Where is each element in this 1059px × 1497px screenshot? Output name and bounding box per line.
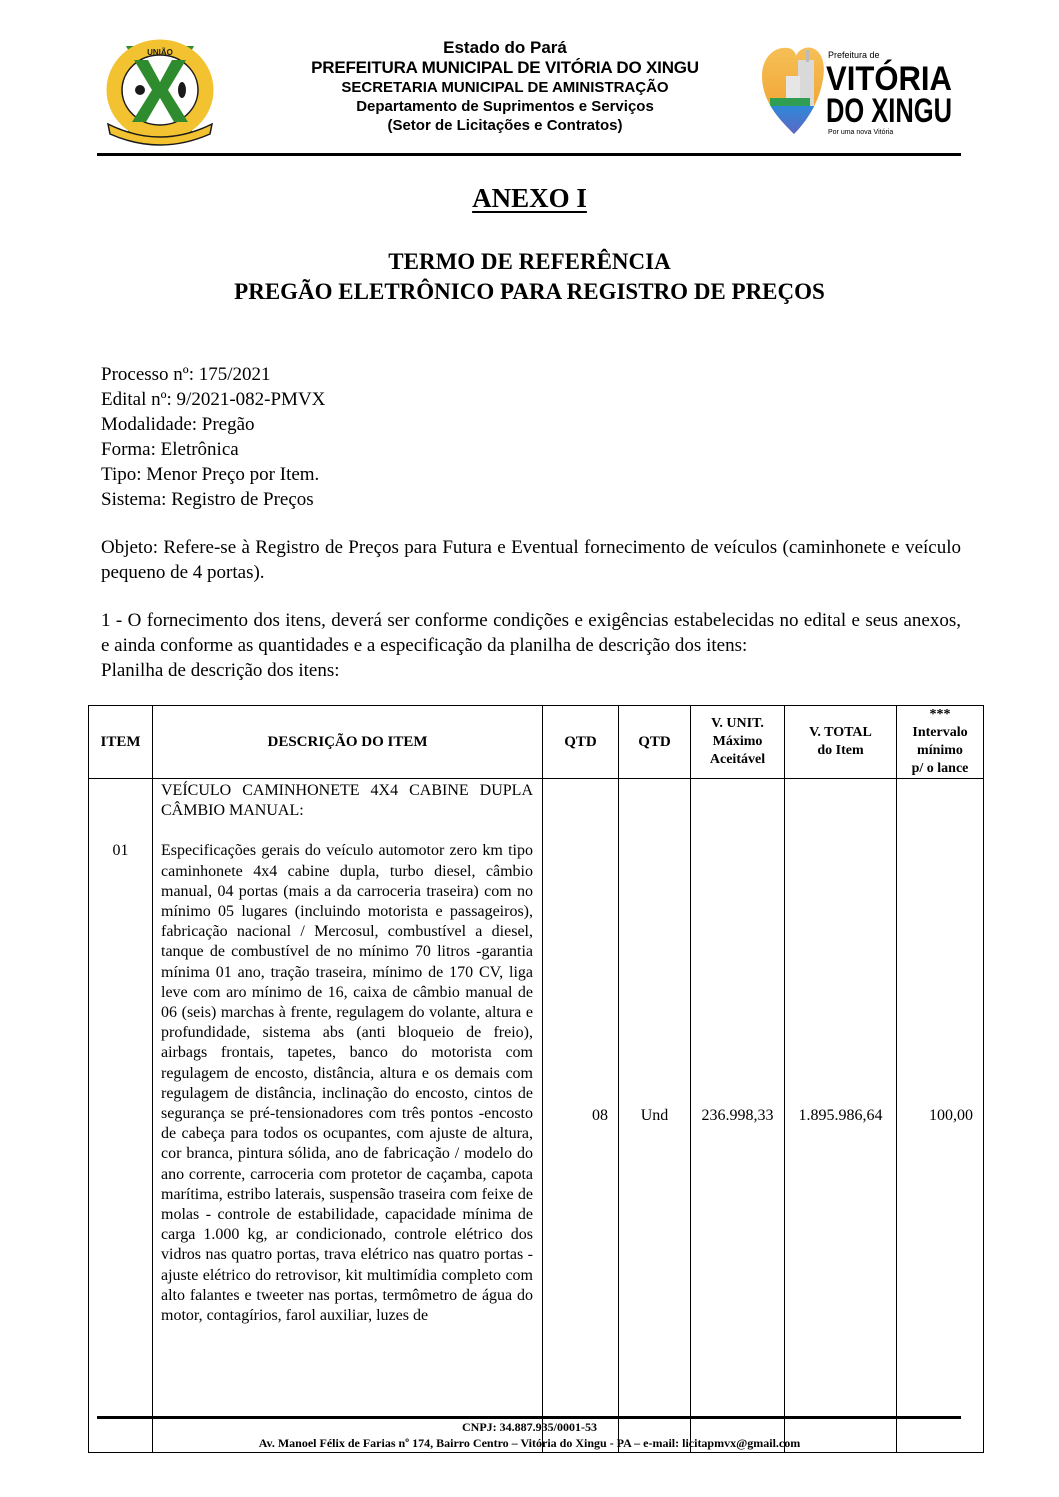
process-metadata: Processo nº: 175/2021 Edital nº: 9/2021-… (101, 362, 325, 512)
heart-city-icon: Prefeitura de VITÓRIA DO XINGU Por uma n… (760, 42, 960, 142)
footer-address: Av. Manoel Félix de Farias nº 174, Bairr… (0, 1436, 1059, 1451)
footer-cnpj: CNPJ: 34.887.935/0001-53 (0, 1420, 1059, 1435)
sector-name: (Setor de Licitações e Contratos) (250, 116, 760, 135)
system: Sistema: Registro de Preços (101, 487, 325, 512)
col-header-min-interval: *** Intervalo mínimo p/ o lance (897, 706, 984, 779)
vitoria-do-xingu-logo: Prefeitura de VITÓRIA DO XINGU Por uma n… (760, 42, 960, 142)
supply-paragraph: 1 - O fornecimento dos itens, deverá ser… (101, 608, 961, 683)
item-title: VEÍCULO CAMINHONETE 4X4 CABINE DUPLA CÂM… (161, 781, 533, 821)
svg-text:Prefeitura de: Prefeitura de (828, 50, 880, 60)
edital-number: Edital nº: 9/2021-082-PMVX (101, 387, 325, 412)
col-header-unit: QTD (619, 706, 691, 779)
document-subtitle-1: TERMO DE REFERÊNCIA (0, 247, 1059, 277)
form: Forma: Eletrônica (101, 437, 325, 462)
col-header-description: DESCRIÇÃO DO ITEM (153, 706, 543, 779)
state-name: Estado do Pará (250, 38, 760, 58)
svg-text:DO XINGU: DO XINGU (826, 92, 952, 130)
header-divider (97, 153, 961, 156)
process-number: Processo nº: 175/2021 (101, 362, 325, 387)
document-header: UNIÃO Estado do Pará PREFEITURA MUNICIPA… (0, 0, 1059, 160)
supply-paragraph-text: 1 - O fornecimento dos itens, deverá ser… (101, 608, 961, 658)
item-quantity: 08 (543, 779, 619, 1453)
coat-of-arms-icon: UNIÃO (104, 38, 216, 148)
modality: Modalidade: Pregão (101, 412, 325, 437)
col-header-total-price: V. TOTAL do Item (785, 706, 897, 779)
item-specification: Especificações gerais do veículo automot… (161, 841, 533, 1326)
item-total-price: 1.895.986,64 (785, 779, 897, 1453)
footer-divider (97, 1416, 961, 1419)
municipal-coat-of-arms-logo: UNIÃO (104, 38, 216, 148)
col-header-unit-price: V. UNIT. Máximo Aceitável (691, 706, 785, 779)
svg-text:Por uma nova Vitória: Por uma nova Vitória (828, 129, 893, 136)
item-description: VEÍCULO CAMINHONETE 4X4 CABINE DUPLA CÂM… (153, 779, 543, 1453)
document-subtitle-2: PREGÃO ELETRÔNICO PARA REGISTRO DE PREÇO… (0, 277, 1059, 307)
item-unit: Und (619, 779, 691, 1453)
type: Tipo: Menor Preço por Item. (101, 462, 325, 487)
col-header-qtd: QTD (543, 706, 619, 779)
item-unit-price: 236.998,33 (691, 779, 785, 1453)
items-table: ITEM DESCRIÇÃO DO ITEM QTD QTD V. UNIT. … (88, 705, 984, 1453)
secretariat-name: SECRETARIA MUNICIPAL DE AMINISTRAÇÃO (250, 78, 760, 97)
header-institution-text: Estado do Pará PREFEITURA MUNICIPAL DE V… (250, 38, 760, 135)
department-name: Departamento de Suprimentos e Serviços (250, 97, 760, 116)
item-min-interval: 100,00 (897, 779, 984, 1453)
col-header-item: ITEM (89, 706, 153, 779)
table-row: 01 VEÍCULO CAMINHONETE 4X4 CABINE DUPLA … (89, 779, 984, 1453)
items-sheet-label: Planilha de descrição dos itens: (101, 658, 961, 683)
annex-title: ANEXO I (0, 183, 1059, 214)
table-header-row: ITEM DESCRIÇÃO DO ITEM QTD QTD V. UNIT. … (89, 706, 984, 779)
item-number: 01 (89, 779, 153, 1453)
prefecture-name: PREFEITURA MUNICIPAL DE VITÓRIA DO XINGU (250, 58, 760, 78)
svg-text:UNIÃO: UNIÃO (147, 48, 173, 57)
object-paragraph: Objeto: Refere-se à Registro de Preços p… (101, 535, 961, 585)
